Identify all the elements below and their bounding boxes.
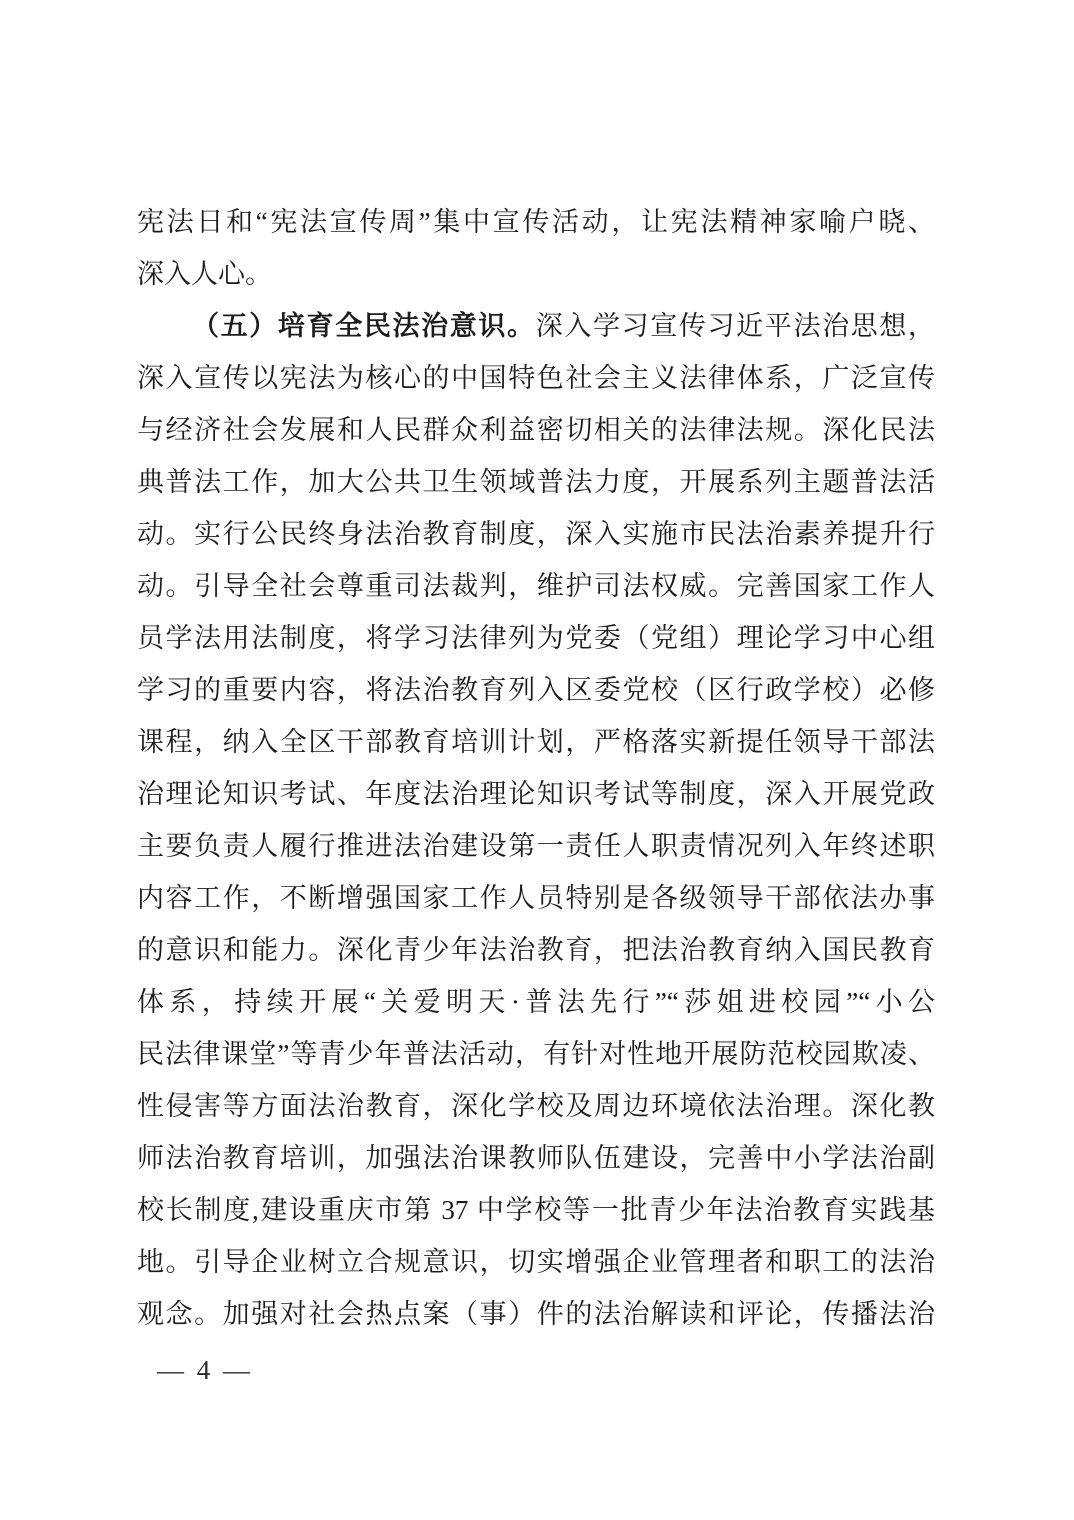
text-line: 校长制度,建设重庆市第 37 中学校等一批青少年法治教育实践基: [137, 1184, 935, 1236]
text-line: 治理论知识考试、年度法治理论知识考试等制度，深入开展党政: [137, 768, 935, 820]
text-line: 地。引导企业树立合规意识，切实增强企业管理者和职工的法治: [137, 1236, 935, 1288]
text-line: 民法律课堂”等青少年普法活动，有针对性地开展防范校园欺凌、: [137, 1028, 935, 1080]
text-line: 性侵害等方面法治教育，深化学校及周边环境依法治理。深化教: [137, 1080, 935, 1132]
page-number: — 4 —: [157, 1344, 253, 1396]
section-text: 深入学习宣传习近平法治思想，: [536, 311, 935, 341]
text-line: 学习的重要内容，将法治教育列入区委党校（区行政学校）必修: [137, 664, 935, 716]
text-line: 课程，纳入全区干部教育培训计划，严格落实新提任领导干部法: [137, 716, 935, 768]
document-body: 宪法日和“宪法宣传周”集中宣传活动，让宪法精神家喻户晓、 深入人心。 （五）培育…: [137, 196, 935, 1340]
text-line: 体系，持续开展“关爱明天·普法先行”“莎姐进校园”“小公: [137, 976, 935, 1028]
document-page: 宪法日和“宪法宣传周”集中宣传活动，让宪法精神家喻户晓、 深入人心。 （五）培育…: [0, 0, 1074, 1520]
text-line: 主要负责人履行推进法治建设第一责任人职责情况列入年终述职: [137, 820, 935, 872]
text-line-section-start: （五）培育全民法治意识。深入学习宣传习近平法治思想，: [137, 300, 935, 352]
text-line: 师法治教育培训，加强法治课教师队伍建设，完善中小学法治副: [137, 1132, 935, 1184]
text-line: 与经济社会发展和人民群众利益密切相关的法律法规。深化民法: [137, 404, 935, 456]
text-line: 典普法工作，加大公共卫生领域普法力度，开展系列主题普法活: [137, 456, 935, 508]
text-line: 员学法用法制度，将学习法律列为党委（党组）理论学习中心组: [137, 612, 935, 664]
text-line: 深入人心。: [137, 248, 935, 300]
text-line: 深入宣传以宪法为核心的中国特色社会主义法律体系，广泛宣传: [137, 352, 935, 404]
text-line: 宪法日和“宪法宣传周”集中宣传活动，让宪法精神家喻户晓、: [137, 196, 935, 248]
text-line: 内容工作，不断增强国家工作人员特别是各级领导干部依法办事: [137, 872, 935, 924]
section-heading: （五）培育全民法治意识。: [192, 311, 536, 341]
text-line: 观念。加强对社会热点案（事）件的法治解读和评论，传播法治: [137, 1288, 935, 1340]
text-line: 动。实行公民终身法治教育制度，深入实施市民法治素养提升行: [137, 508, 935, 560]
text-line: 的意识和能力。深化青少年法治教育，把法治教育纳入国民教育: [137, 924, 935, 976]
text-line: 动。引导全社会尊重司法裁判，维护司法权威。完善国家工作人: [137, 560, 935, 612]
